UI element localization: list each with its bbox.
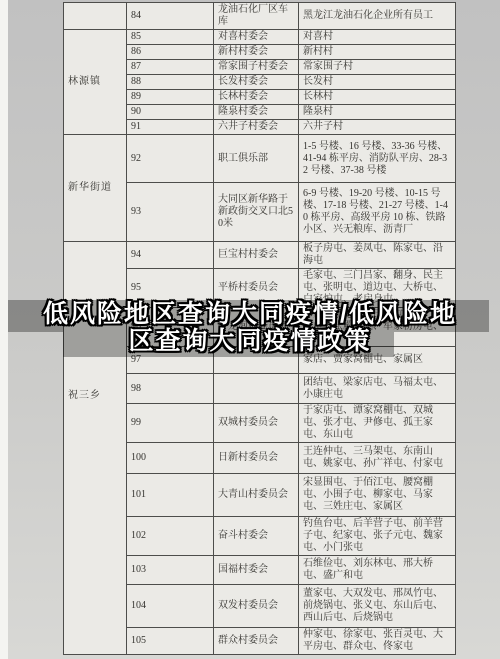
cell-row-number: 100 bbox=[127, 443, 214, 474]
overlay-caption-line1: 低风险地区查询大同疫情/低风险地 bbox=[0, 301, 500, 328]
cell-row-number: 104 bbox=[127, 585, 214, 628]
table-row: 林源镇85对喜村委会对喜村 bbox=[64, 30, 456, 45]
cell-committee: 双城村委员会 bbox=[214, 404, 299, 443]
cell-committee: 六井子村委会 bbox=[214, 120, 299, 135]
cell-row-number: 89 bbox=[127, 90, 214, 105]
cell-areas: 黑龙江龙油石化企业所有员工 bbox=[299, 3, 456, 30]
cell-committee bbox=[214, 374, 299, 404]
cell-committee: 常家围子村委会 bbox=[214, 60, 299, 75]
cell-areas: 团结屯、梁家店屯、马福太屯、小康庄屯 bbox=[299, 374, 456, 404]
group-cell: 新华街道 bbox=[64, 135, 127, 242]
table-row: 新华街道92职工俱乐部1-5 号楼、16 号楼、33-36 号楼、41-94 栋… bbox=[64, 135, 456, 183]
cell-areas: 钓鱼台屯、后羊营子屯、前羊营子屯、纪家屯、张子元屯、魏家屯、小门张屯 bbox=[299, 517, 456, 556]
cell-areas: 板子房屯、姜凤屯、陈家屯、沿海屯 bbox=[299, 242, 456, 269]
cell-row-number: 99 bbox=[127, 404, 214, 443]
cell-committee: 日新村委员会 bbox=[214, 443, 299, 474]
cell-committee: 长林村委会 bbox=[214, 90, 299, 105]
table-row: 祝三乡94巨宝村村委会板子房屯、姜凤屯、陈家屯、沿海屯 bbox=[64, 242, 456, 269]
overlay-caption-line2: 区查询大同疫情政策 bbox=[0, 328, 500, 355]
cell-areas: 宋显围屯、于佰江屯、腰窝棚屯、小围子屯、柳家屯、马家屯、三姓庄屯、家属区 bbox=[299, 474, 456, 517]
cell-row-number: 90 bbox=[127, 105, 214, 120]
cell-row-number: 91 bbox=[127, 120, 214, 135]
cell-areas: 1-5 号楼、16 号楼、33-36 号楼、41-94 栋平房、消防队平房、28… bbox=[299, 135, 456, 183]
cell-areas: 石维俭屯、刘东林屯、邢大桥屯、盛广和屯 bbox=[299, 556, 456, 585]
cell-row-number: 101 bbox=[127, 474, 214, 517]
cell-committee: 双发村委员会 bbox=[214, 585, 299, 628]
group-cell: 林源镇 bbox=[64, 30, 127, 135]
cell-areas: 隆泉村 bbox=[299, 105, 456, 120]
cell-areas: 常家围子村 bbox=[299, 60, 456, 75]
table-row: 84龙油石化厂区车库黑龙江龙油石化企业所有员工 bbox=[64, 3, 456, 30]
cell-row-number: 94 bbox=[127, 242, 214, 269]
group-cell bbox=[64, 3, 127, 30]
cell-committee: 新村村委会 bbox=[214, 45, 299, 60]
cell-row-number: 88 bbox=[127, 75, 214, 90]
cell-committee: 长发村委会 bbox=[214, 75, 299, 90]
cell-committee: 对喜村委会 bbox=[214, 30, 299, 45]
cell-row-number: 84 bbox=[127, 3, 214, 30]
cell-committee: 龙油石化厂区车库 bbox=[214, 3, 299, 30]
cell-row-number: 105 bbox=[127, 628, 214, 655]
cell-areas: 于家店屯、谭家窝棚屯、双城屯、张才屯、尹修屯、孤王家屯、东山屯 bbox=[299, 404, 456, 443]
cell-row-number: 93 bbox=[127, 183, 214, 242]
cell-row-number: 85 bbox=[127, 30, 214, 45]
cell-areas: 长发村 bbox=[299, 75, 456, 90]
cell-areas: 对喜村 bbox=[299, 30, 456, 45]
cell-areas: 董家屯、大双发屯、邢凤竹屯、前烧锅屯、张义屯、东山后屯、西山后屯、后烧锅屯 bbox=[299, 585, 456, 628]
cell-areas: 王连仲屯、三马架屯、东南山屯、姚家屯、孙广祥屯、付家屯 bbox=[299, 443, 456, 474]
overlay-caption: 低风险地区查询大同疫情/低风险地 区查询大同疫情政策 bbox=[0, 301, 500, 355]
cell-areas: 新村村 bbox=[299, 45, 456, 60]
cell-row-number: 86 bbox=[127, 45, 214, 60]
document-scan: 84龙油石化厂区车库黑龙江龙油石化企业所有员工林源镇85对喜村委会对喜村86新村… bbox=[0, 0, 500, 659]
cell-areas: 仲家屯、徐家屯、张百灵屯、大平房屯、群众屯、佟家屯 bbox=[299, 628, 456, 655]
cell-row-number: 102 bbox=[127, 517, 214, 556]
cell-committee: 大青山村委员会 bbox=[214, 474, 299, 517]
cell-areas: 六井子村 bbox=[299, 120, 456, 135]
cell-row-number: 103 bbox=[127, 556, 214, 585]
cell-committee: 大同区新华路于新政街交叉口北50米 bbox=[214, 183, 299, 242]
cell-committee: 奋斗村委会 bbox=[214, 517, 299, 556]
cell-row-number: 98 bbox=[127, 374, 214, 404]
cell-row-number: 92 bbox=[127, 135, 214, 183]
cell-areas: 6-9 号楼、19-20 号楼、10-15 号楼、17-18 号楼、21-27 … bbox=[299, 183, 456, 242]
cell-committee: 群众村委员会 bbox=[214, 628, 299, 655]
cell-committee: 隆泉村委会 bbox=[214, 105, 299, 120]
cell-committee: 巨宝村村委会 bbox=[214, 242, 299, 269]
cell-committee: 职工俱乐部 bbox=[214, 135, 299, 183]
cell-committee: 国福村委会 bbox=[214, 556, 299, 585]
cell-row-number: 87 bbox=[127, 60, 214, 75]
cell-areas: 长林村 bbox=[299, 90, 456, 105]
